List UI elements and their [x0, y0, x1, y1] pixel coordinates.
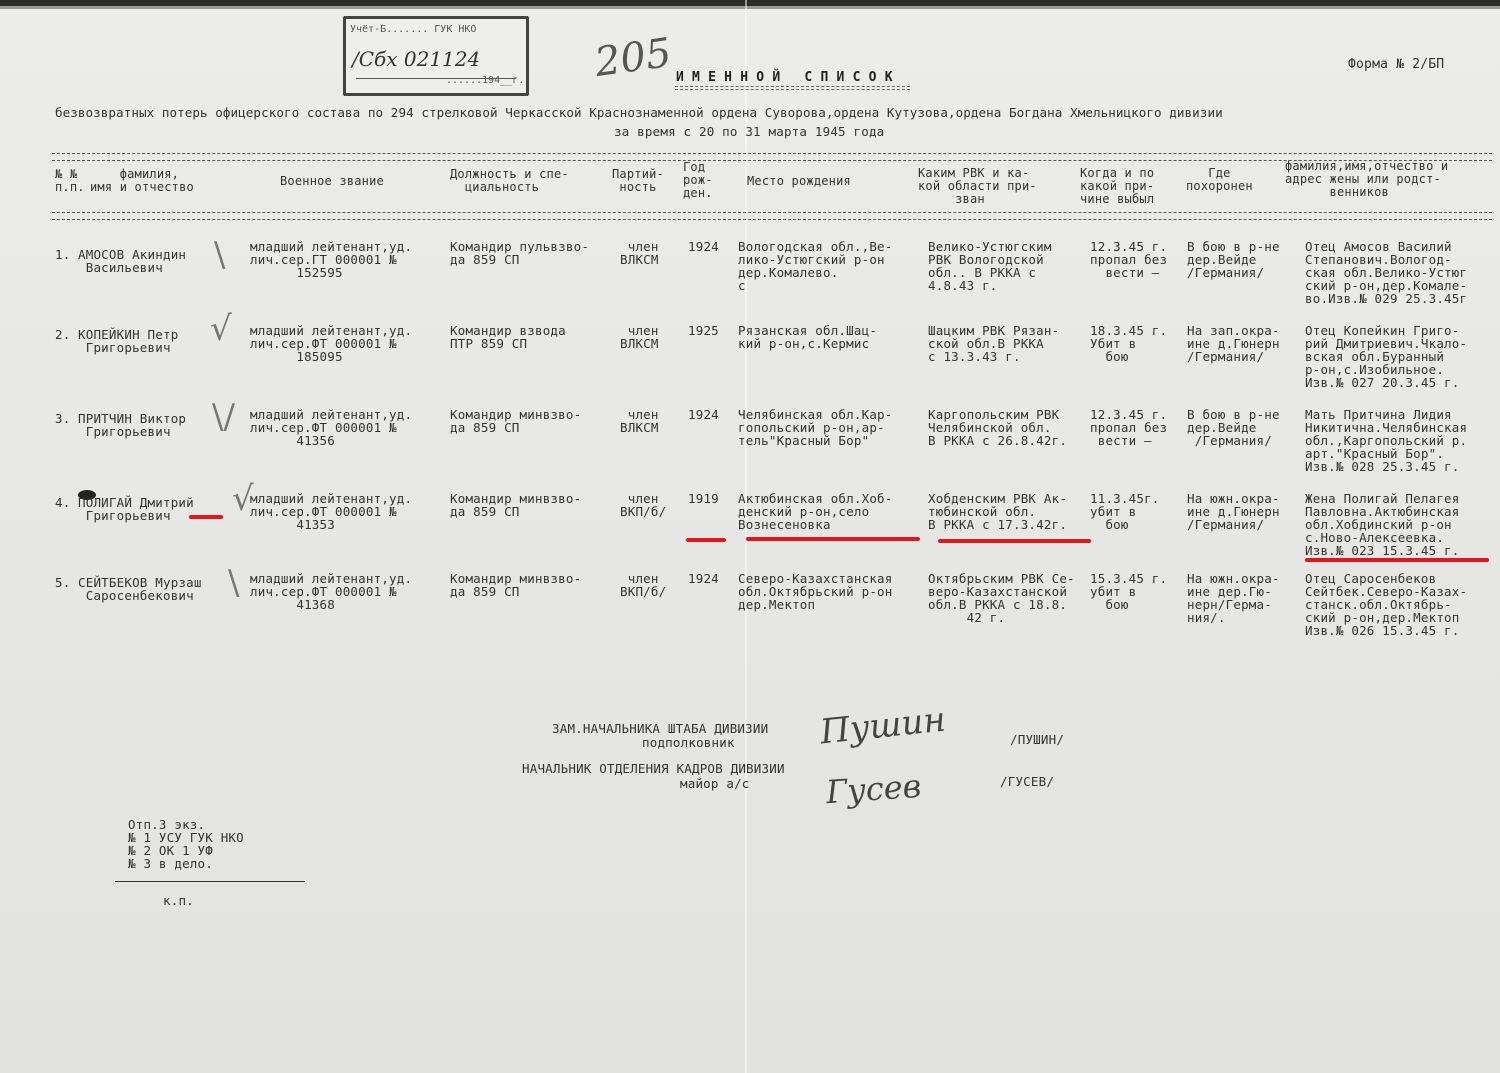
cell-party: член ВЛКСМ [620, 240, 659, 266]
col-header-party: Партий- ность [612, 168, 664, 194]
col-header-rank: Военное звание [280, 175, 384, 188]
red-underline-birthplace [746, 537, 920, 541]
col-header-num: № № п.п. [55, 168, 85, 194]
checkmark-icon: \ [214, 238, 225, 272]
cell-buried: В бою в р-не дер.Вейде /Германия/ [1187, 240, 1280, 279]
cell-name: АМОСОВ Акиндин Васильевич [78, 248, 186, 274]
cell-rank: младший лейтенант,уд. лич.сер.ФТ 000001 … [250, 324, 412, 363]
cell-party: член ВЛКСМ [620, 408, 659, 434]
personnel-signature: Гусев [825, 767, 923, 812]
cell-draft: Хобденским РВК Ак- тюбинской обл. В РККА… [928, 492, 1067, 531]
cell-rank: младший лейтенант,уд. лич.сер.ГТ 000001 … [250, 240, 412, 279]
cell-name: КОПЕЙКИН Петр Григорьевич [78, 328, 178, 354]
cell-position: Командир минвзво- да 859 СП [450, 408, 581, 434]
deputy-chief-name: /ПУШИН/ [1010, 733, 1064, 746]
cell-rank: младший лейтенант,уд. лич.сер.ФТ 000001 … [250, 572, 412, 611]
cell-party: член ВКП/б/ [620, 492, 666, 518]
personnel-chief-rank: майор а/с [680, 777, 750, 790]
cell-draft: Октябрьским РВК Се- веро-Казахстанской о… [928, 572, 1075, 624]
header-top-rule [52, 153, 1492, 161]
cell-name: ПРИТЧИН Виктор Григорьевич [78, 412, 186, 438]
cell-num: 2. [55, 328, 70, 341]
distribution-line: № 3 в дело. [128, 857, 213, 870]
scan-edge-shadow [0, 6, 1500, 9]
cell-when: 12.3.45 г. пропал без вести — [1090, 240, 1167, 279]
col-header-when: Когда и по какой при- чине выбыл [1080, 167, 1154, 206]
cell-birthplace: Северо-Казахстанская обл.Октябрьский р-о… [738, 572, 893, 611]
checkmark-icon: \ [228, 566, 239, 600]
cell-rank: младший лейтенант,уд. лич.сер.ФТ 000001 … [250, 492, 412, 531]
cell-when: 12.3.45 г. пропал без вести — [1090, 408, 1167, 447]
cell-relatives: Мать Притчина Лидия Никитична.Челябинска… [1305, 408, 1467, 473]
subtitle-line-1: безвозвратных потерь офицерского состава… [55, 106, 1223, 119]
personnel-chief-title: НАЧАЛЬНИК ОТДЕЛЕНИЯ КАДРОВ ДИВИЗИИ [522, 762, 785, 775]
cell-draft: Каргопольским РВК Челябинской обл. В РКК… [928, 408, 1067, 447]
header-bottom-rule [52, 212, 1492, 220]
cell-position: Командир взвода ПТР 859 СП [450, 324, 566, 350]
cell-num: 3. [55, 412, 70, 425]
col-header-year: Год рож- ден. [683, 161, 713, 200]
cell-year: 1924 [688, 240, 719, 253]
col-header-buried: Где похоронен [1186, 167, 1253, 193]
cell-num: 4. [55, 496, 70, 509]
cell-when: 15.3.45 г. убит в бою [1090, 572, 1167, 611]
cell-birthplace: Челябинская обл.Кар- гопольский р-он,ар-… [738, 408, 893, 447]
cell-buried: На южн.окра- ине д.Гюнерн /Германия/ [1187, 492, 1280, 531]
title-underline [675, 86, 910, 87]
title-underline-2 [675, 89, 910, 90]
cell-num: 5. [55, 576, 70, 589]
red-underline-name [189, 515, 223, 519]
subtitle-line-2: за время с 20 по 31 марта 1945 года [614, 125, 884, 138]
cell-year: 1924 [688, 572, 719, 585]
checkmark-icon: \/ [212, 400, 235, 434]
deputy-chief-rank: подполковник [642, 736, 735, 749]
cell-position: Командир минвзво- да 859 СП [450, 572, 581, 598]
col-header-name: фамилия, имя и отчество [90, 168, 194, 194]
cell-position: Командир минвзво- да 859 СП [450, 492, 581, 518]
cell-party: член ВКП/б/ [620, 572, 666, 598]
cell-relatives: Жена Полигай Пелагея Павловна.Актюбинска… [1305, 492, 1460, 557]
col-header-draft: Каким РВК и ка- кой области при- зван [918, 167, 1037, 206]
red-underline-relatives [1305, 558, 1489, 562]
cell-draft: Шацким РВК Рязан- ской обл.В РККА с 13.3… [928, 324, 1059, 363]
personnel-chief-name: /ГУСЕВ/ [1000, 775, 1054, 788]
cell-buried: В бою в р-не дер.Вейде /Германия/ [1187, 408, 1280, 447]
cell-position: Командир пульвзво- да 859 СП [450, 240, 589, 266]
cell-year: 1924 [688, 408, 719, 421]
form-label: Форма № 2/БП [1348, 58, 1444, 71]
cell-buried: На южн.окра- ине дер.Гю- нерн/Герма- ния… [1187, 572, 1280, 624]
distribution-divider [115, 881, 305, 882]
col-header-birthplace: Место рождения [747, 175, 851, 188]
stamp-year: ......194__г. [446, 75, 524, 86]
cell-name: ПОЛИГАЙ Дмитрий Григорьевич [78, 496, 194, 522]
document-title: И М Е Н Н О Й С П И С О К [676, 71, 893, 84]
cell-year: 1925 [688, 324, 719, 337]
deputy-chief-title: ЗАМ.НАЧАЛЬНИКА ШТАБА ДИВИЗИИ [552, 722, 768, 735]
cell-party: член ВЛКСМ [620, 324, 659, 350]
cell-num: 1. [55, 248, 70, 261]
typist-initials: к.п. [163, 894, 194, 907]
cell-birthplace: Рязанская обл.Шац- кий р-он,с.Кермис [738, 324, 877, 350]
checkmark-icon: √ [210, 312, 232, 346]
stamp-header: Учёт-Б....... ГУК НКО [350, 24, 476, 35]
cell-year: 1919 [688, 492, 719, 505]
cell-draft: Велико-Устюгским РВК Вологодской обл.. В… [928, 240, 1052, 292]
cell-when: 18.3.45 г. Убит в бою [1090, 324, 1167, 363]
document-page: Учёт-Б....... ГУК НКО /Сбх 021124 ......… [0, 0, 1500, 1073]
cell-birthplace: Вологодская обл.,Ве- лико-Устюгский р-он… [738, 240, 893, 292]
cell-relatives: Отец Саросенбеков Сейтбек.Северо-Казах- … [1305, 572, 1467, 637]
cell-birthplace: Актюбинская обл.Хоб- денский р-он,село В… [738, 492, 893, 531]
cell-when: 11.3.45г. убит в бою [1090, 492, 1160, 531]
handwritten-sheet-number: 205 [592, 30, 674, 86]
registration-stamp: Учёт-Б....... ГУК НКО /Сбх 021124 ......… [343, 16, 529, 96]
cell-buried: На зап.окра- ине д.Гюнерн /Германия/ [1187, 324, 1280, 363]
red-underline-draft [938, 539, 1091, 543]
deputy-signature: Пушин [818, 700, 947, 753]
stamp-number: /Сбх 021124 [352, 47, 480, 71]
cell-relatives: Отец Амосов Василий Степанович.Вологод- … [1305, 240, 1467, 305]
cell-rank: младший лейтенант,уд. лич.сер.ФТ 000001 … [250, 408, 412, 447]
col-header-relatives: фамилия,имя,отчество и адрес жены или ро… [1285, 160, 1448, 199]
cell-relatives: Отец Копейкин Григо- рий Дмитриевич.Чкал… [1305, 324, 1467, 389]
cell-name: СЕЙТБЕКОВ Мурзаш Саросенбекович [78, 576, 202, 602]
col-header-position: Должность и спе- циальность [450, 168, 569, 194]
red-underline-year [686, 538, 726, 542]
